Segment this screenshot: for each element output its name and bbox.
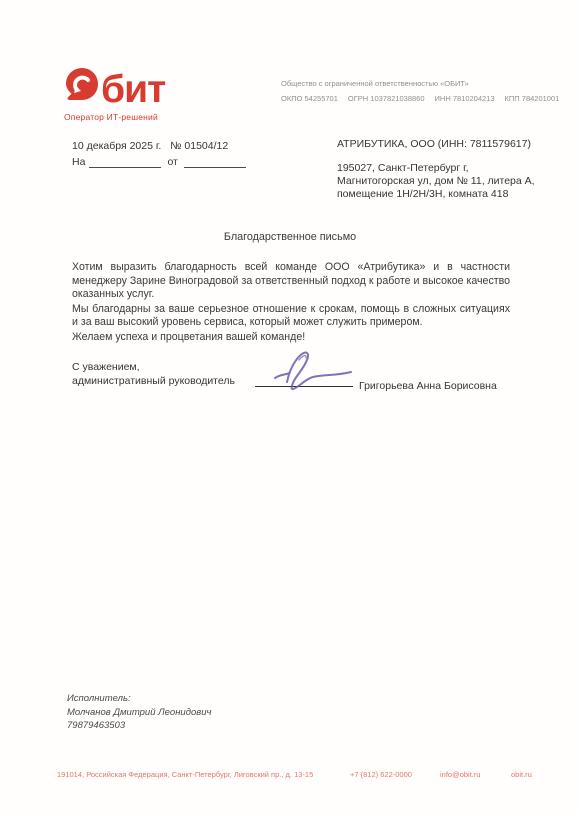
ref-on-blank: [89, 157, 161, 168]
footer-email: info@obit.ru: [440, 770, 481, 779]
ref-from-blank: [184, 157, 246, 168]
executor-phone: 79879463503: [67, 719, 211, 733]
footer-phone: +7 (812) 622-0000: [350, 770, 412, 779]
letter-body: Хотим выразить благодарность всей команд…: [72, 261, 510, 345]
company-kpp: КПП 784201001: [505, 94, 560, 104]
ref-on-label: На: [72, 156, 85, 168]
handwritten-signature: [273, 348, 353, 399]
recipient-block: АТРИБУТИКА, ООО (ИНН: 7811579617) 195027…: [337, 138, 549, 201]
executor-name: Молчанов Дмитрий Леонидович: [67, 706, 211, 720]
ref-from-label: от: [167, 156, 177, 168]
company-ogrn: ОГРН 1037821038860: [348, 94, 425, 104]
obit-o-icon: [64, 66, 100, 107]
body-paragraph: Хотим выразить благодарность всей команд…: [72, 261, 510, 302]
logo-tagline: Оператор ИТ-решений: [64, 112, 165, 122]
obit-logo: бит Оператор ИТ-решений: [64, 66, 165, 122]
body-paragraph: Мы благодарны за ваше серьезное отношени…: [72, 303, 510, 330]
executor-label: Исполнитель:: [67, 692, 211, 706]
company-registration-block: Общество с ограниченной ответственностью…: [281, 79, 551, 104]
company-okpo: ОКПО 54255701: [281, 94, 338, 104]
reference-line: Наот: [72, 156, 246, 168]
company-inn: ИНН 7810204213: [435, 94, 495, 104]
signer-position: административный руководитель: [72, 374, 235, 388]
letter-meta-block: 10 декабря 2025 г. № 01504/12 Наот: [72, 140, 246, 168]
footer-website: obit.ru: [511, 770, 532, 779]
closing-phrase: С уважением,: [72, 360, 235, 374]
letter-date: 10 декабря 2025 г.: [72, 140, 161, 152]
scanned-letter-page: бит Оператор ИТ-решений Общество с огран…: [0, 0, 580, 814]
recipient-address: 195027, Санкт-Петербург г, Магнитогорска…: [337, 162, 549, 201]
letter-number: № 01504/12: [170, 140, 228, 152]
body-paragraph: Желаем успеха и процветания вашей команд…: [72, 331, 510, 345]
signoff-block: С уважением, административный руководите…: [72, 360, 235, 388]
logo-wordmark: бит: [101, 73, 165, 107]
recipient-name: АТРИБУТИКА, ООО (ИНН: 7811579617): [337, 138, 549, 151]
company-legal-name: Общество с ограниченной ответственностью…: [281, 79, 551, 89]
footer-address: 191014, Российская Федерация, Санкт-Пете…: [57, 770, 313, 779]
executor-block: Исполнитель: Молчанов Дмитрий Леонидович…: [67, 692, 211, 733]
signer-name: Григорьева Анна Борисовна: [359, 380, 497, 392]
letter-title: Благодарственное письмо: [0, 231, 580, 243]
